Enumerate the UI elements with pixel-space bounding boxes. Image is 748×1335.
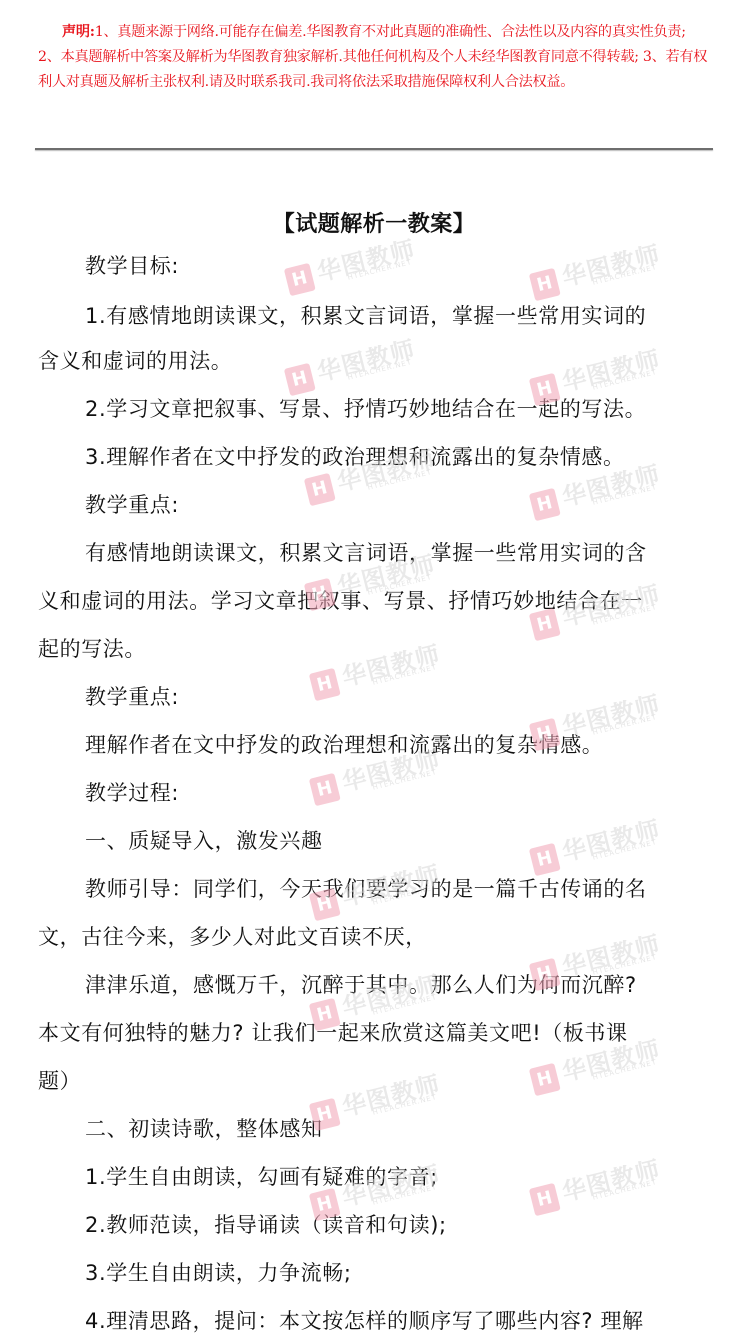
paragraph-line: 理解作者在文中抒发的政治理想和流露出的复杂情感。 — [85, 729, 748, 759]
heading-teaching-process: 教学过程: — [85, 777, 748, 807]
list-item: 4.理清思路，提问：本文按怎样的顺序写了哪些内容? 理解 — [85, 1305, 748, 1335]
heading-key-points-2: 教学重点: — [85, 681, 748, 711]
copyright-disclaimer: 声明:1、真题来源于网络.可能存在偏差.华图教育不对此真题的准确性、合法性以及内… — [38, 20, 712, 95]
disclaimer-lead: 声明: — [62, 24, 95, 40]
header-divider — [35, 148, 713, 150]
list-item: 2.教师范读，指导诵读（读音和句读); — [85, 1209, 748, 1239]
disclaimer-text: 1、真题来源于网络.可能存在偏差.华图教育不对此真题的准确性、合法性以及内容的真… — [38, 24, 707, 90]
paragraph-line: 文，古往今来，多少人对此文百读不厌， — [38, 921, 718, 951]
list-item: 3.学生自由朗读，力争流畅; — [85, 1257, 748, 1287]
section-heading-1: 一、质疑导入，激发兴趣 — [85, 825, 748, 855]
document-title: 【试题解析一教案】 — [0, 207, 748, 238]
paragraph-line: 含义和虚词的用法。 — [38, 345, 718, 375]
paragraph-line: 3.理解作者在文中抒发的政治理想和流露出的复杂情感。 — [85, 441, 748, 471]
paragraph-line: 津津乐道，感慨万千，沉醉于其中。那么人们为何而沉醉? — [85, 969, 748, 999]
paragraph-line: 有感情地朗读课文，积累文言词语，掌握一些常用实词的含 — [85, 537, 748, 567]
heading-teaching-goals: 教学目标: — [85, 250, 748, 280]
paragraph-line: 义和虚词的用法。学习文章把叙事、写景、抒情巧妙地结合在一 — [38, 585, 718, 615]
paragraph-line: 本文有何独特的魅力? 让我们一起来欣赏这篇美文吧!（板书课 — [38, 1017, 718, 1047]
paragraph-line: 起的写法。 — [38, 633, 718, 663]
section-heading-2: 二、初读诗歌，整体感知 — [85, 1113, 748, 1143]
paragraph-line: 1.有感情地朗读课文，积累文言词语，掌握一些常用实词的 — [85, 300, 748, 330]
paragraph-line: 教师引导：同学们，今天我们要学习的是一篇千古传诵的名 — [85, 873, 748, 903]
list-item: 1.学生自由朗读，勾画有疑难的字音; — [85, 1161, 748, 1191]
paragraph-line: 题） — [38, 1065, 718, 1095]
paragraph-line: 2.学习文章把叙事、写景、抒情巧妙地结合在一起的写法。 — [85, 393, 748, 423]
heading-key-points: 教学重点: — [85, 489, 748, 519]
